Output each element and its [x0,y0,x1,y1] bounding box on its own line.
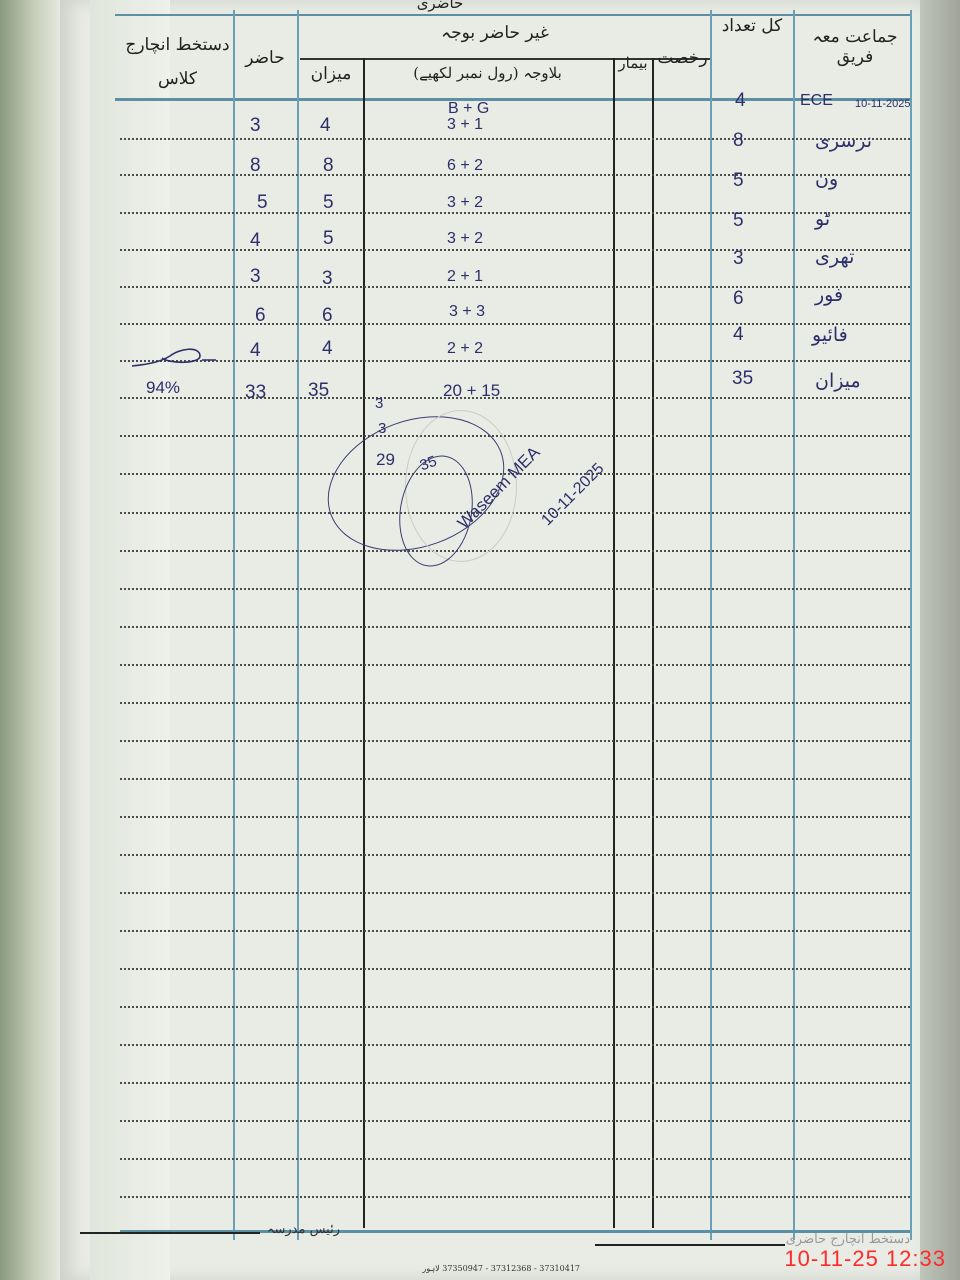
ruled-line [120,778,910,780]
without-reason-cell: 2 + 1 [447,268,483,286]
col-divider-sick [652,58,654,1228]
stamp-number: 3 [375,395,383,412]
present-cell: 3 [250,266,261,288]
header-leave: رخصت [655,48,710,68]
stamp-number: 3 [378,420,386,437]
ruled-line [120,740,910,742]
ruled-line [120,360,910,362]
absent-total-cell: 3 [322,268,333,290]
header-class-with-section: جماعت معہ فریق [800,26,910,67]
absent-total-cell: 5 [323,228,334,250]
register-page [60,0,920,1280]
ruled-line [120,1006,910,1008]
ruled-line [120,968,910,970]
class-cell: فور [815,284,843,306]
present-cell: 4 [250,230,261,252]
total-cell: 35 [732,368,753,390]
ruled-line [120,512,910,514]
ruled-line [120,323,910,325]
absent-total-cell: 4 [322,338,333,360]
without-reason-cell: 20 + 15 [443,381,500,401]
ruled-line [120,702,910,704]
present-cell: 5 [257,192,268,214]
total-cell: 8 [733,130,744,152]
class-cell: ٹو [815,208,830,230]
without-reason-cell: 6 + 2 [447,157,483,175]
page-binding-strip [90,0,170,1280]
total-cell: 5 [733,210,744,232]
class-cell: ون [815,168,838,190]
ruled-line [120,249,910,251]
ruled-line [120,138,910,140]
header-sick: بیمار [614,54,652,72]
ruled-line [120,588,910,590]
col-divider-class [910,10,912,1240]
absent-total-cell: 4 [320,115,331,137]
ruled-line [120,435,910,437]
stamp-number: 29 [376,450,395,470]
col-divider-absent-total [363,58,365,1228]
absent-total-cell: 5 [323,192,334,214]
class-cell: تھری [815,246,854,268]
col-divider-present [297,10,299,1240]
ruled-line [120,1082,910,1084]
top-heading-fragment: حاضری [380,0,500,12]
without-reason-cell: 3 + 2 [447,230,483,248]
class-cell: فائیو [812,324,848,346]
head-teacher-label: رئیس مدرسہ [260,1222,340,1237]
ruled-line [120,1044,910,1046]
absent-total-cell: 6 [322,305,333,327]
absent-total-cell: 8 [323,155,334,177]
incharge-attendance-label: دستخط انچارج حاضری [780,1232,910,1247]
print-info: 37310417 - 37312368 - 37350947 لاہور [220,1264,580,1273]
present-cell: 4 [250,340,261,362]
head-teacher-signature-line [80,1232,260,1234]
ruled-line [120,1120,910,1122]
without-reason-cell: 2 + 2 [447,340,483,358]
date-note: 10-11-2025 [855,98,910,110]
total-cell: 4 [733,324,744,346]
total-cell: 6 [733,288,744,310]
total-cell: 4 [735,90,746,112]
present-cell: 6 [255,305,266,327]
camera-timestamp: 10-11-25 12:33 [784,1246,946,1272]
background-left [0,0,60,1280]
total-cell: 3 [733,248,744,270]
col-divider-total [793,10,795,1240]
col-divider-leave [710,10,712,1240]
ruled-line [120,892,910,894]
without-reason-cell: 3 + 1 [447,116,483,134]
class-cell: ECE [800,92,833,110]
incharge-signature-line [595,1244,785,1246]
ruled-line [120,212,910,214]
attendance-percentage: 94% [146,378,180,398]
header-present: حاضر [235,48,295,68]
ruled-line [120,1158,910,1160]
ruled-line [120,816,910,818]
col-divider-without-reason [613,58,615,1228]
header-without-reason: بلاوجہ (رول نمبر لکھیے) [365,64,610,82]
signature-icon [130,342,220,370]
class-cell: نرسری [815,130,872,152]
present-cell: 3 [250,115,261,137]
header-incharge-signature: دستخط انچارج کلاس [125,28,230,96]
ruled-line [120,174,910,176]
without-reason-cell: 3 + 3 [449,303,485,321]
ruled-line [120,550,910,552]
total-cell: 5 [733,170,744,192]
ruled-line [120,286,910,288]
present-cell: 33 [245,382,266,404]
header-absent-group: غیر حاضر بوجہ [380,22,610,43]
ruled-line [120,930,910,932]
col-divider-signature [233,10,235,1240]
absent-total-cell: 35 [308,380,329,402]
ruled-line [120,626,910,628]
header-absent-total: میزان [300,64,362,84]
header-total-count: کل تعداد [712,16,792,36]
ruled-line [120,664,910,666]
ruled-line [120,397,910,399]
class-cell: میزان [815,370,861,392]
present-cell: 8 [250,155,261,177]
ruled-line [120,1196,910,1198]
ruled-line [120,854,910,856]
without-reason-cell: 3 + 2 [447,194,483,212]
